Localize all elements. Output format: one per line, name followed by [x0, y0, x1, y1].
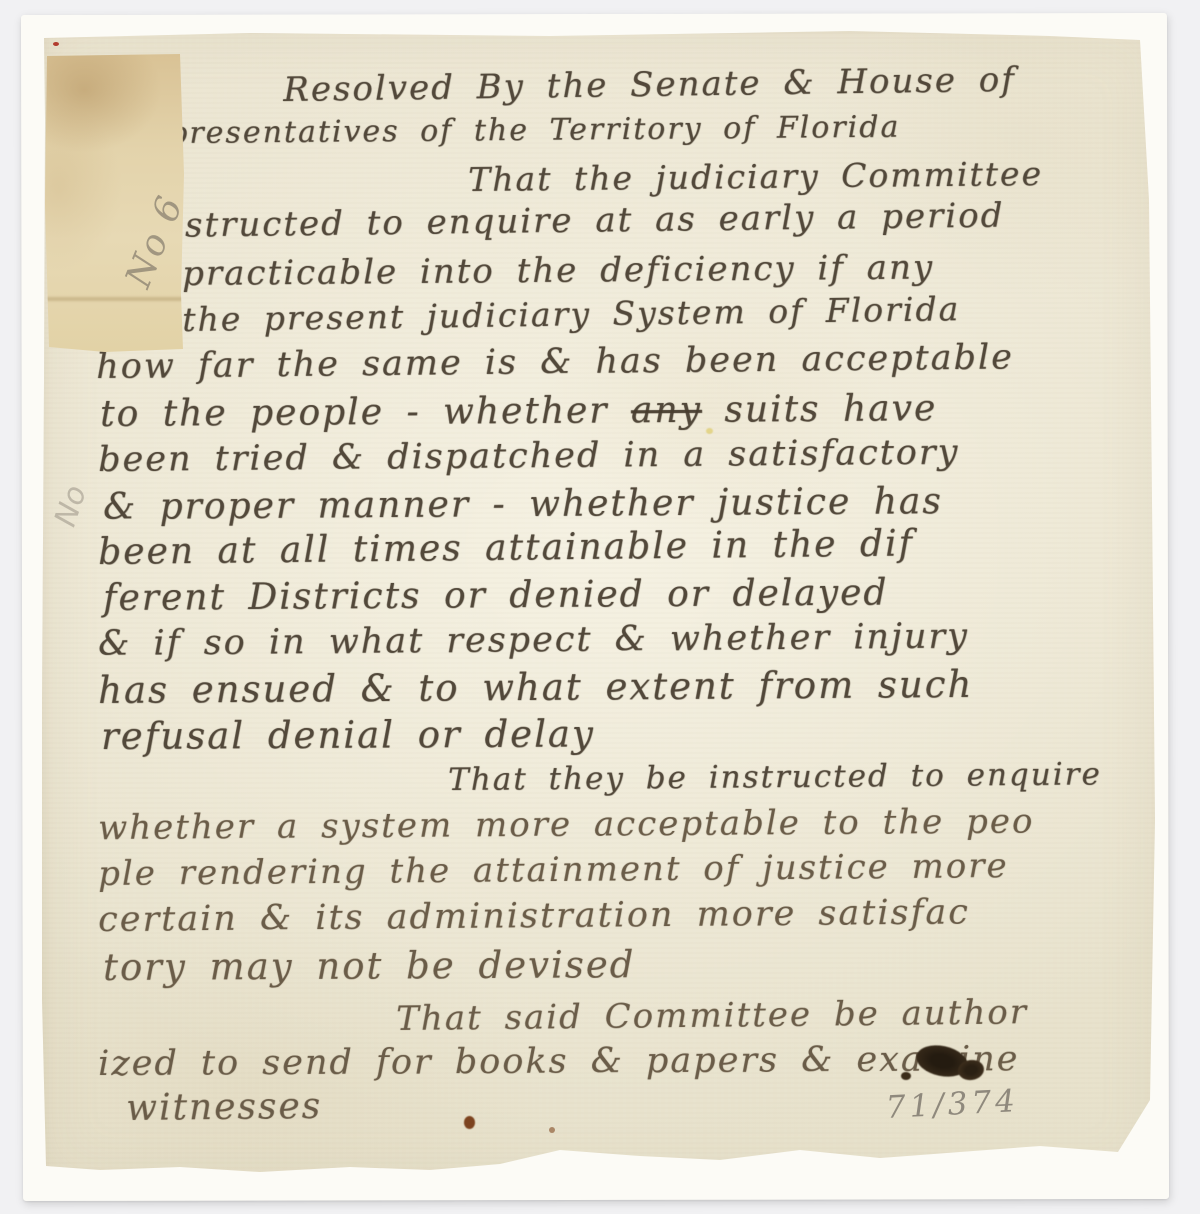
manuscript-line: practicable into the deficiency if any — [182, 247, 934, 294]
manuscript-line: & proper manner - whether justice has — [103, 481, 943, 528]
manuscript-line: presentatives of the Territory of Florid… — [168, 110, 900, 151]
manuscript-line: to the people - whether any suits have — [100, 388, 937, 435]
line-segment: suits have — [702, 388, 938, 431]
manuscript-line: has ensued & to what extent from such — [98, 663, 973, 712]
manuscript-scan: Resolved By the Senate & House of presen… — [0, 0, 1200, 1214]
page-reference-number: 71/374 — [885, 1083, 1020, 1126]
stain-speck — [706, 428, 713, 434]
manuscript-line: That they be instructed to enquire — [448, 756, 1102, 798]
line-segment: to the people - whether — [100, 390, 631, 435]
tape-crease — [45, 297, 185, 301]
ink-blot — [901, 1072, 911, 1080]
manuscript-line: That the judiciary Committee — [468, 154, 1043, 199]
stain-speck — [549, 1127, 555, 1133]
struck-word: any — [631, 390, 702, 431]
manuscript-line: That said Committee be author — [396, 992, 1028, 1039]
stain-speck — [464, 1116, 475, 1129]
manuscript-line: been at all times attainable in the dif — [98, 523, 914, 573]
manuscript-line: certain & its administration more satisf… — [98, 892, 970, 940]
manuscript-line: & if so in what respect & whether injury — [98, 616, 969, 664]
manuscript-line: ple rendering the attainment of justice … — [98, 846, 1009, 894]
stain-speck — [53, 42, 59, 46]
manuscript-line: refusal denial or delay — [101, 712, 595, 758]
manuscript-line: ized to send for books & papers & examin… — [98, 1039, 1020, 1084]
manuscript-line: been tried & dispatched in a satisfactor… — [98, 432, 960, 480]
manuscript-line: whether a system more acceptable to the … — [98, 801, 1035, 848]
manuscript-line: tory may not be devised — [103, 943, 635, 989]
manuscript-line: ferent Districts or denied or delayed — [103, 573, 889, 619]
manuscript-line: witnesses — [126, 1086, 322, 1129]
